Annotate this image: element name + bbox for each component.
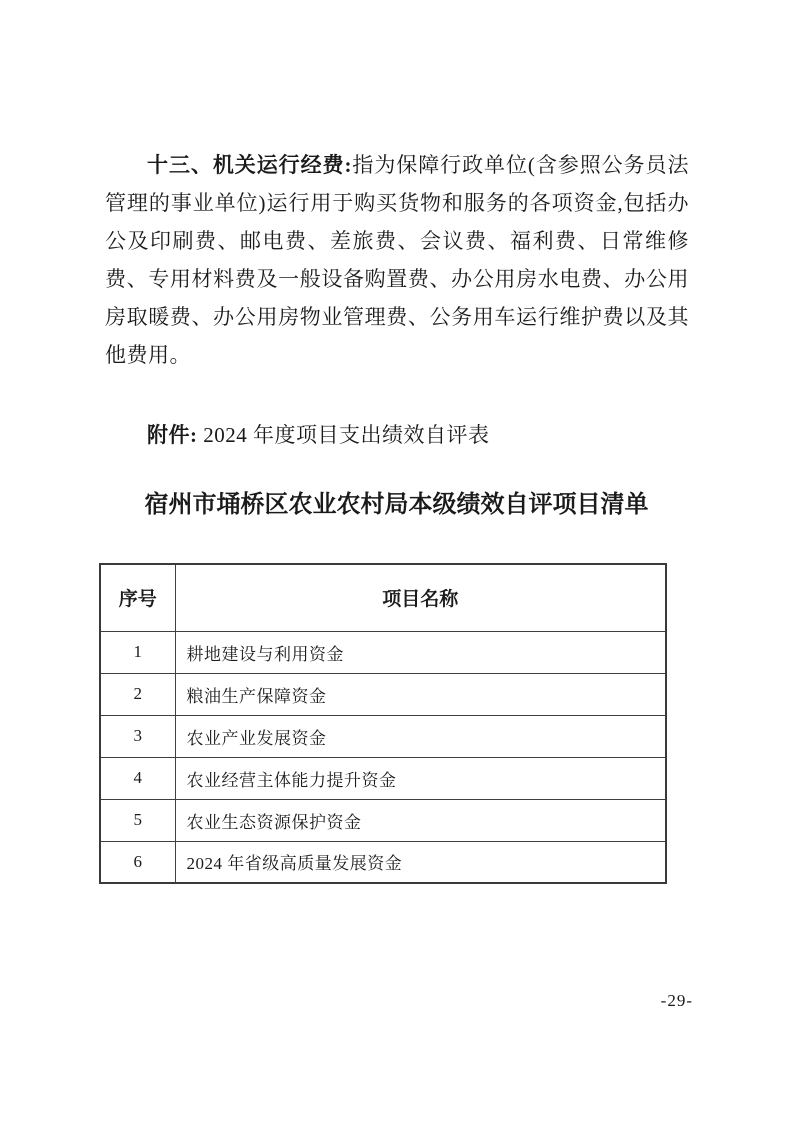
- row-number-cell: 5: [100, 799, 175, 841]
- page-number: -29-: [661, 991, 693, 1011]
- row-number-cell: 1: [100, 631, 175, 673]
- project-name-cell: 农业产业发展资金: [175, 715, 666, 757]
- table-header-row: 序号 项目名称: [100, 564, 666, 631]
- section-paragraph: 十三、机关运行经费:指为保障行政单位(含参照公务员法管理的事业单位)运行用于购买…: [105, 146, 689, 374]
- project-list-title: 宿州市埇桥区农业农村局本级绩效自评项目清单: [0, 488, 793, 522]
- attachment-label: 附件:: [147, 423, 198, 447]
- row-number-cell: 6: [100, 841, 175, 883]
- document-page: 十三、机关运行经费:指为保障行政单位(含参照公务员法管理的事业单位)运行用于购买…: [0, 0, 793, 1122]
- project-name-cell: 2024 年省级高质量发展资金: [175, 841, 666, 883]
- project-name-cell: 农业经营主体能力提升资金: [175, 757, 666, 799]
- table-row: 1 耕地建设与利用资金: [100, 631, 666, 673]
- row-number-cell: 4: [100, 757, 175, 799]
- table-row: 4 农业经营主体能力提升资金: [100, 757, 666, 799]
- project-table: 序号 项目名称 1 耕地建设与利用资金 2 粮油生产保障资金 3 农业产业发展资…: [99, 563, 667, 884]
- project-name-cell: 粮油生产保障资金: [175, 673, 666, 715]
- header-project-name: 项目名称: [175, 564, 666, 631]
- row-number-cell: 3: [100, 715, 175, 757]
- attachment-text: 2024 年度项目支出绩效自评表: [203, 423, 489, 447]
- table-row: 6 2024 年省级高质量发展资金: [100, 841, 666, 883]
- table-row: 3 农业产业发展资金: [100, 715, 666, 757]
- project-name-cell: 耕地建设与利用资金: [175, 631, 666, 673]
- section-heading: 十三、机关运行经费:: [147, 153, 352, 177]
- section-body-text: 指为保障行政单位(含参照公务员法管理的事业单位)运行用于购买货物和服务的各项资金…: [105, 153, 689, 367]
- project-name-cell: 农业生态资源保护资金: [175, 799, 666, 841]
- table-row: 2 粮油生产保障资金: [100, 673, 666, 715]
- row-number-cell: 2: [100, 673, 175, 715]
- attachment-line: 附件: 2024 年度项目支出绩效自评表: [105, 420, 689, 450]
- table-row: 5 农业生态资源保护资金: [100, 799, 666, 841]
- header-serial-number: 序号: [100, 564, 175, 631]
